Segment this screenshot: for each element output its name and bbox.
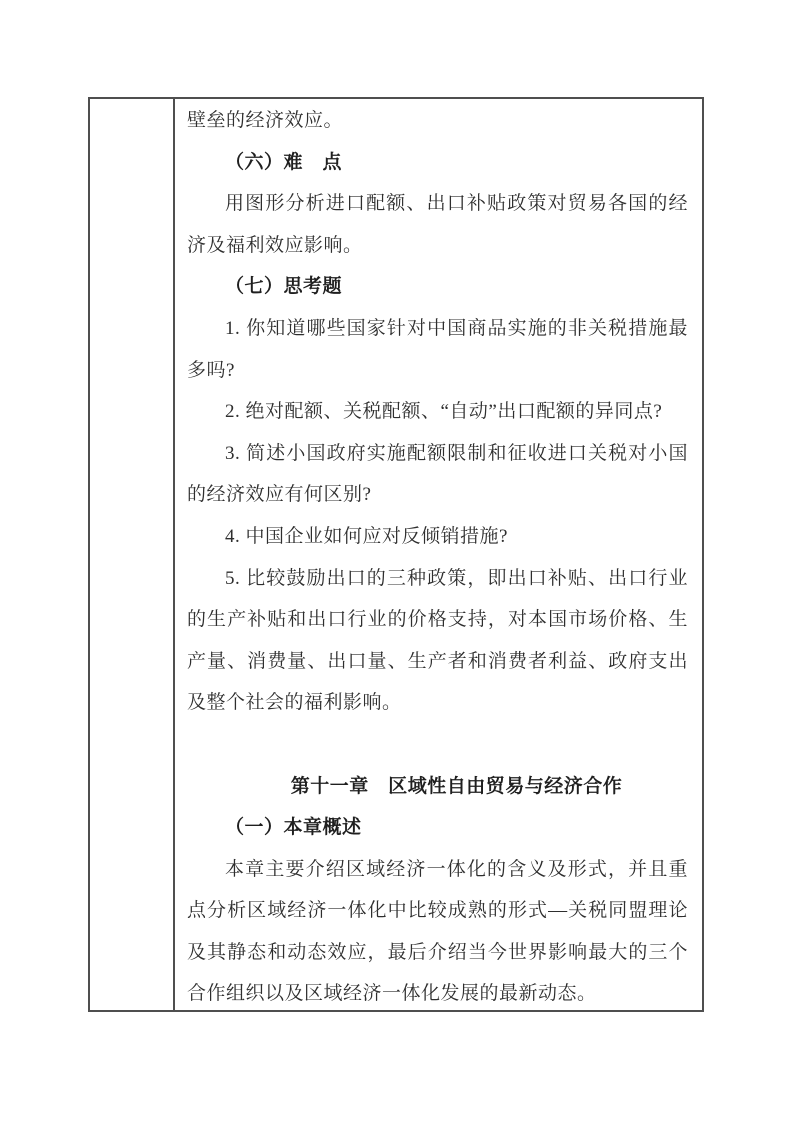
paragraph: 本章主要介绍区域经济一体化的含义及形式，并且重点分析区域经济一体化中比较成熟的形… [187, 849, 688, 1010]
syllabus-table: 壁垒的经济效应。（六）难 点用图形分析进口配额、出口补贴政策对贸易各国的经济及福… [88, 97, 704, 1012]
paragraph: 壁垒的经济效应。 [187, 100, 688, 142]
blank-line [187, 724, 688, 766]
paragraph: 4. 中国企业如何应对反倾销措施? [187, 516, 688, 558]
chapter-title: 第十一章 区域性自由贸易与经济合作 [187, 766, 688, 808]
document-page: 壁垒的经济效应。（六）难 点用图形分析进口配额、出口补贴政策对贸易各国的经济及福… [0, 0, 794, 1123]
paragraph: 3. 简述小国政府实施配额限制和征收进口关税对小国的经济效应有何区别? [187, 433, 688, 516]
paragraph: 2. 绝对配额、关税配额、“自动”出口配额的异同点? [187, 391, 688, 433]
paragraph: 1. 你知道哪些国家针对中国商品实施的非关税措施最多吗? [187, 308, 688, 391]
section-heading: （一）本章概述 [187, 807, 688, 849]
paragraph: 用图形分析进口配额、出口补贴政策对贸易各国的经济及福利效应影响。 [187, 183, 688, 266]
table-left-cell [90, 99, 175, 1010]
table-content-cell: 壁垒的经济效应。（六）难 点用图形分析进口配额、出口补贴政策对贸易各国的经济及福… [175, 99, 702, 1010]
section-heading: （六）难 点 [187, 142, 688, 184]
section-heading: （七）思考题 [187, 266, 688, 308]
paragraph: 5. 比较鼓励出口的三种政策，即出口补贴、出口行业的生产补贴和出口行业的价格支持… [187, 558, 688, 724]
